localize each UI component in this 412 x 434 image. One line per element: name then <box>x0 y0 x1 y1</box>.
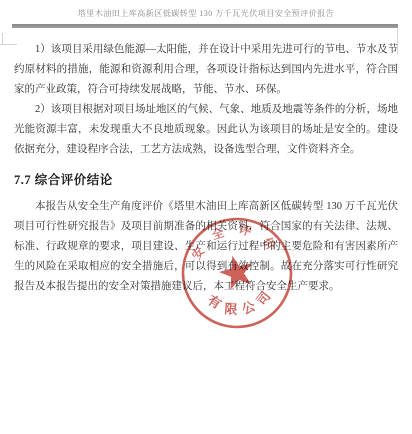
header-double-rule <box>12 24 398 26</box>
document-body: 1）该项目采用绿色能源—太阳能，并在设计中采用先进可行的节电、节水及节约原材料的… <box>14 40 398 297</box>
paragraph-1: 1）该项目采用绿色能源—太阳能，并在设计中采用先进可行的节电、节水及节约原材料的… <box>14 40 398 100</box>
section-heading-7-7: 7.7 综合评价结论 <box>14 169 398 191</box>
document-page: 塔里木油田上库高新区低碳转型 130 万千瓦光伏项目安全预评价报告 1）该项目采… <box>0 0 412 434</box>
text-boundary-mark-left-v <box>2 33 3 45</box>
paragraph-3: 本报告从安全生产角度评价《塔里木油田上库高新区低碳转型 130 万千瓦光伏项目可… <box>14 197 398 297</box>
page-header-title: 塔里木油田上库高新区低碳转型 130 万千瓦光伏项目安全预评价报告 <box>0 8 412 19</box>
paragraph-2: 2）该项目根据对项目场址地区的气候、气象、地质及地震等条件的分析，场地光能资源丰… <box>14 100 398 160</box>
